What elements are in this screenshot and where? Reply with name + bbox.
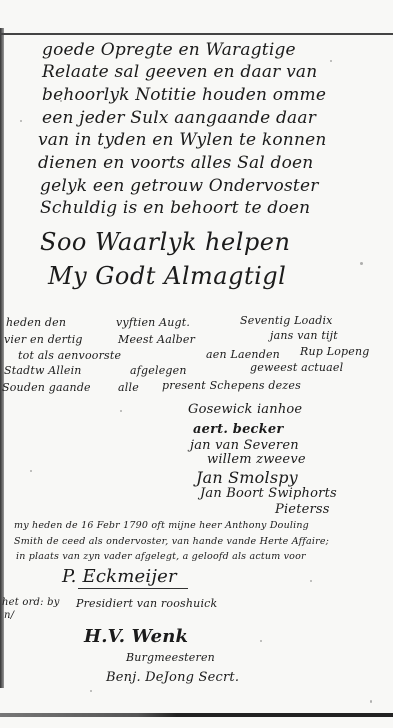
- deposition-right: Rup Lopeng: [300, 345, 370, 358]
- top-border-line: [0, 33, 393, 35]
- deposition-line: in plaats van zyn vader afgelegt, a gelo…: [16, 551, 306, 562]
- margin-note: n/: [4, 610, 14, 621]
- deposition-right: geweest actuael: [250, 361, 343, 374]
- oath-line: goede Opregte en Waragtige: [42, 40, 296, 60]
- signature: Gosewick ianhoe: [188, 402, 302, 417]
- signature: jan van Severen: [190, 438, 299, 453]
- oath-line: Relaate sal geeven en daar van: [42, 62, 317, 82]
- signature: Jan Boort Swiphorts: [200, 486, 337, 501]
- oath-line: gelyk een getrouw Ondervoster: [40, 176, 319, 196]
- scan-speck: [260, 640, 262, 642]
- scan-speck: [60, 100, 62, 102]
- signature: willem zweeve: [207, 452, 306, 467]
- oath-line: Schuldig is en behoort te doen: [40, 198, 310, 218]
- deposition-right: jans van tijt: [270, 329, 338, 342]
- oath-line: dienen en voorts alles Sal doen: [38, 153, 313, 173]
- deposition-middle: vyftien Augt.: [116, 316, 190, 329]
- title-text: Burgmeesteren: [126, 651, 215, 664]
- deposition-middle: aen Laenden: [206, 348, 280, 361]
- oath-line: een jeder Sulx aangaande daar: [42, 108, 316, 128]
- scan-speck: [330, 60, 332, 62]
- bottom-border-line: [0, 713, 393, 717]
- scanned-document-page: goede Opregte en Waragtige Relaate sal g…: [0, 0, 393, 728]
- page-left-edge: [0, 28, 4, 688]
- signature-underline: [78, 588, 188, 589]
- oath-line: behoorlyk Notitie houden omme: [42, 85, 326, 105]
- deposition-right: present Schepens dezes: [162, 379, 301, 392]
- presidency-line: Presidiert van rooshuick: [76, 597, 217, 610]
- deposition-left: Stadtw Allein: [4, 364, 82, 377]
- signature: Pieterss: [275, 502, 330, 517]
- deposition-middle: afgelegen: [130, 364, 187, 377]
- margin-note: het ord: by: [2, 597, 60, 608]
- scan-speck: [20, 120, 22, 122]
- signature: aert. becker: [193, 422, 283, 437]
- deposition-line: Smith de ceed als ondervoster, van hande…: [14, 536, 329, 547]
- clerk-signature: P. Eckmeijer: [62, 566, 177, 587]
- signature: H.V. Wenk: [84, 626, 188, 647]
- deposition-left: tot als aenvoorste: [18, 349, 121, 362]
- deposition-left: Souden gaande: [2, 381, 91, 394]
- deposition-left: heden den: [6, 316, 66, 329]
- scan-speck: [360, 262, 363, 265]
- deposition-right: Seventig Loadix: [240, 314, 333, 327]
- scan-speck: [30, 470, 32, 472]
- signature: Benj. DeJong Secrt.: [106, 670, 239, 685]
- scan-speck: [370, 700, 372, 703]
- scan-speck: [310, 580, 312, 582]
- deposition-middle: Meest Aalber: [118, 333, 195, 346]
- oath-formula-line: Soo Waarlyk helpen: [40, 228, 290, 256]
- scan-speck: [120, 410, 122, 412]
- scan-speck: [90, 690, 92, 692]
- signature: Jan Smolspy: [196, 468, 298, 487]
- oath-line: van in tyden en Wylen te konnen: [38, 130, 327, 150]
- oath-formula-line: My Godt Almagtigl: [48, 262, 286, 290]
- deposition-middle: alle: [118, 381, 139, 394]
- deposition-left: vier en dertig: [4, 333, 83, 346]
- deposition-line: my heden de 16 Febr 1790 oft mijne heer …: [14, 520, 309, 531]
